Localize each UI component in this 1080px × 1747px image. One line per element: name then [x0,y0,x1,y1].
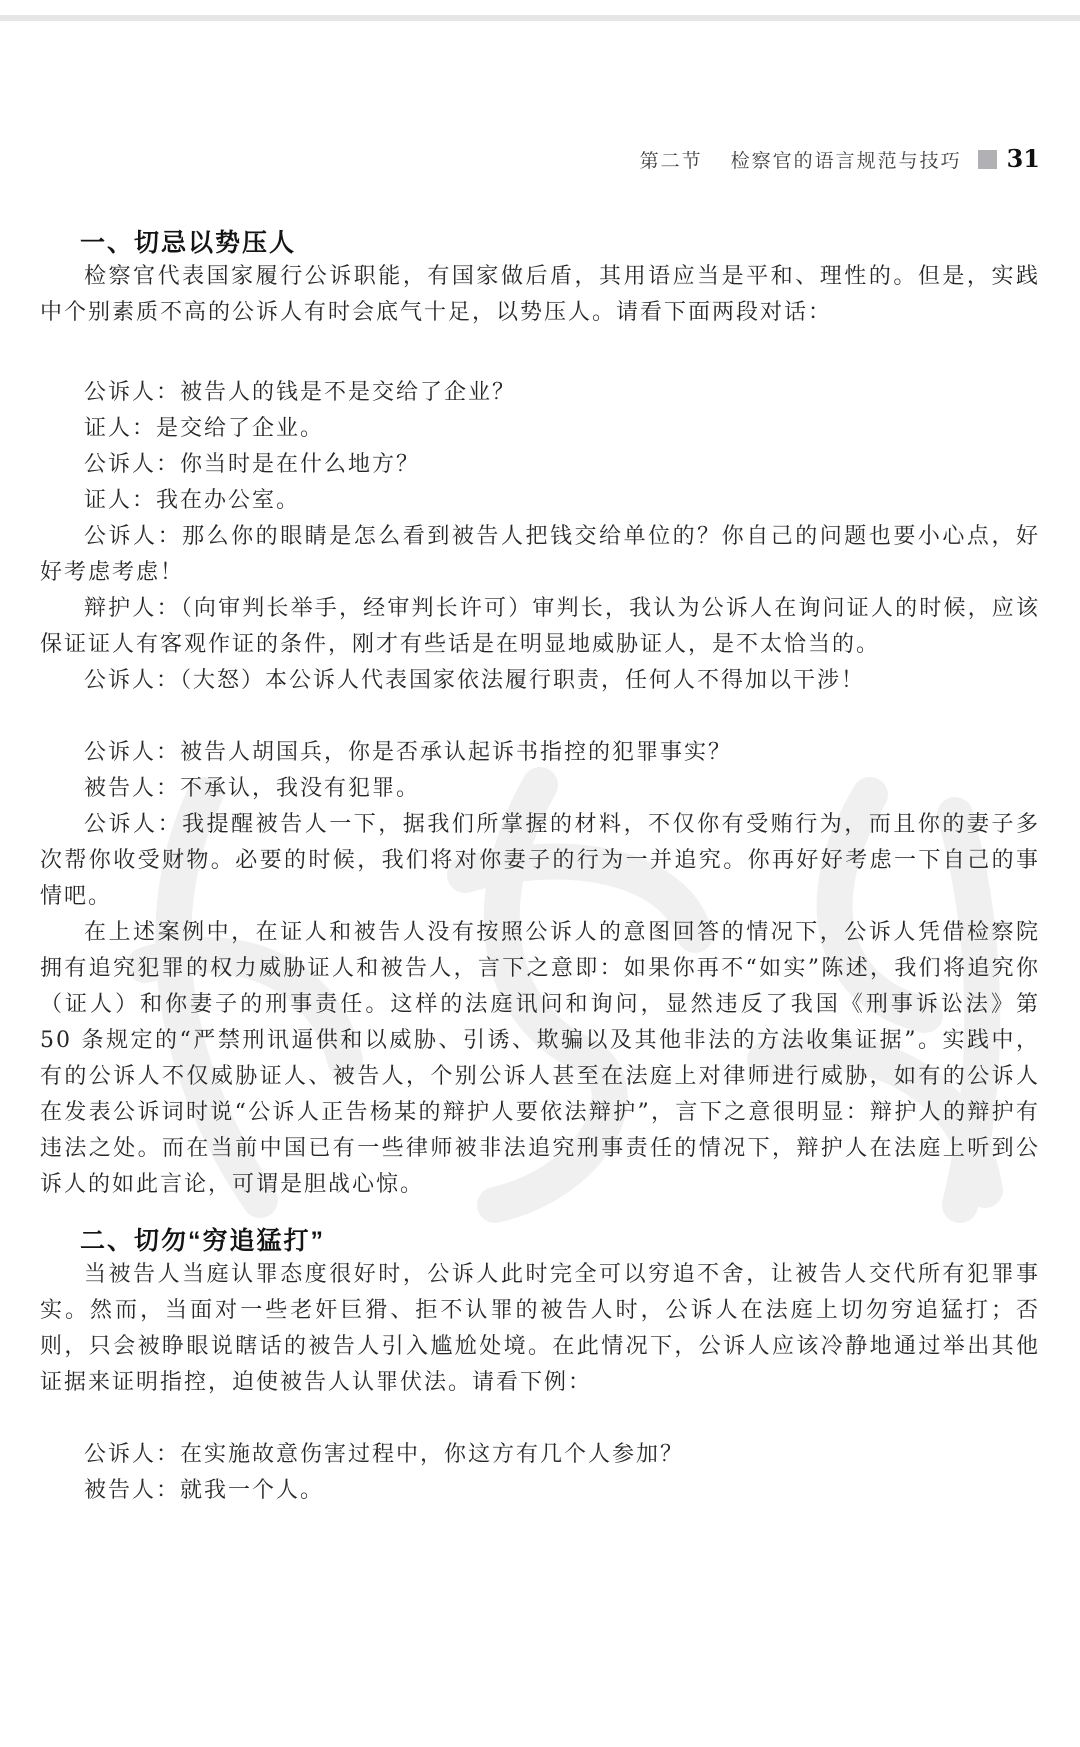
dialogue-line: 公诉人：在实施故意伤害过程中，你这方有几个人参加？ [40,1437,1040,1473]
page-content: 第二节检察官的语言规范与技巧31 一、切忌以势压人 检察官代表国家履行公诉职能，… [0,0,1080,1509]
dialogue-line: 被告人：就我一个人。 [40,1473,1040,1509]
page-header: 第二节检察官的语言规范与技巧31 [40,0,1040,173]
page-marker-square [978,150,997,169]
dialogue-line: 公诉人：被告人胡国兵，你是否承认起诉书指控的犯罪事实？ [40,735,1040,771]
dialogue-line: 证人：我在办公室。 [40,483,1040,519]
book-page: 第二节检察官的语言规范与技巧31 一、切忌以势压人 检察官代表国家履行公诉职能，… [0,0,1080,1509]
section1-analysis-paragraph: 在上述案例中，在证人和被告人没有按照公诉人的意图回答的情况下，公诉人凭借检察院拥… [40,915,1040,1203]
section-heading-1: 一、切忌以势压人 [80,223,1040,259]
dialogue-line: 证人：是交给了企业。 [40,411,1040,447]
header-section-label: 第二节 [640,150,703,172]
dialogue-line: 公诉人：（大怒）本公诉人代表国家依法履行职责，任何人不得加以干涉！ [40,663,1040,699]
dialogue-line: 公诉人：你当时是在什么地方？ [40,447,1040,483]
dialogue-block-1: 公诉人：被告人的钱是不是交给了企业？ 证人：是交给了企业。 公诉人：你当时是在什… [40,375,1040,699]
section2-intro-paragraph: 当被告人当庭认罪态度很好时，公诉人此时完全可以穷追不舍，让被告人交代所有犯罪事实… [40,1257,1040,1401]
header-chapter-title: 检察官的语言规范与技巧 [731,150,962,172]
dialogue-block-2: 公诉人：被告人胡国兵，你是否承认起诉书指控的犯罪事实？ 被告人：不承认，我没有犯… [40,735,1040,915]
dialogue-line: 公诉人：我提醒被告人一下，据我们所掌握的材料，不仅你有受贿行为，而且你的妻子多次… [40,807,1040,915]
section-heading-2: 二、切勿“穷追猛打” [80,1221,1040,1257]
section1-intro-paragraph: 检察官代表国家履行公诉职能，有国家做后盾，其用语应当是平和、理性的。但是，实践中… [40,259,1040,331]
dialogue-block-3: 公诉人：在实施故意伤害过程中，你这方有几个人参加？ 被告人：就我一个人。 [40,1437,1040,1509]
dialogue-line: 公诉人：那么你的眼睛是怎么看到被告人把钱交给单位的？你自己的问题也要小心点，好好… [40,519,1040,591]
dialogue-line: 被告人：不承认，我没有犯罪。 [40,771,1040,807]
page-number: 31 [1007,144,1040,173]
dialogue-line: 公诉人：被告人的钱是不是交给了企业？ [40,375,1040,411]
dialogue-line: 辩护人：（向审判长举手，经审判长许可）审判长，我认为公诉人在询问证人的时候，应该… [40,591,1040,663]
